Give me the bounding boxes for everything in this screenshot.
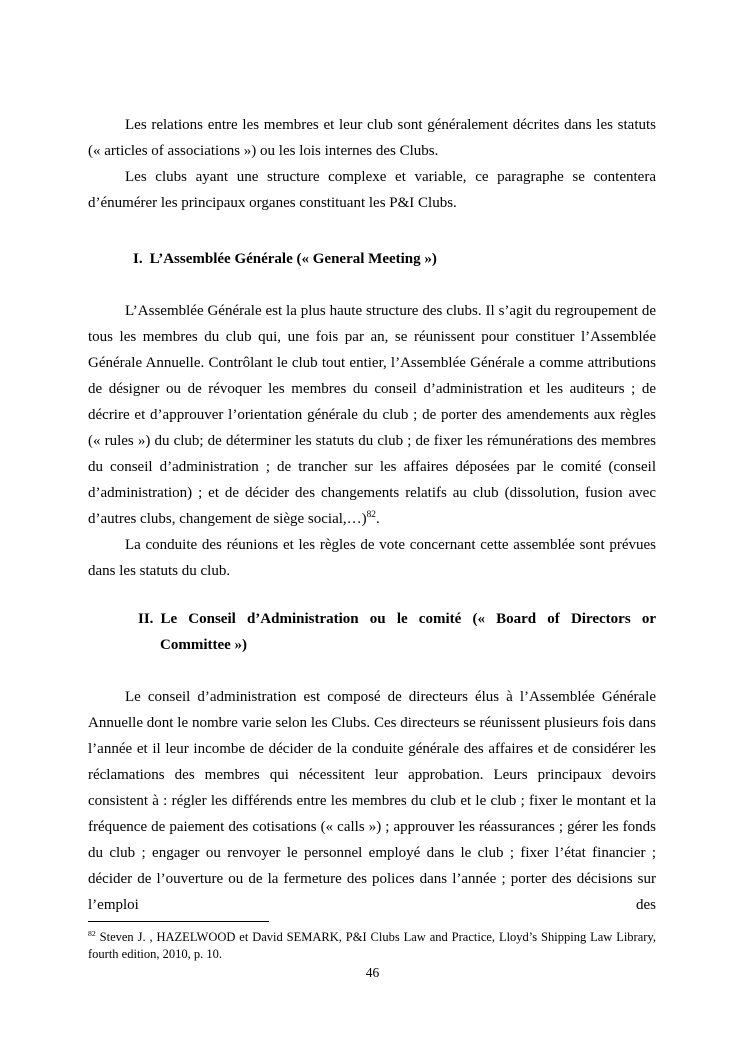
paragraph-assemblee-generale: L’Assemblée Générale est la plus haute s…: [88, 298, 656, 532]
footnote-text: 82 Steven J. , HAZELWOOD et David SEMARK…: [88, 929, 656, 963]
paragraph-intro-2: Les clubs ayant une structure complexe e…: [88, 164, 656, 216]
footnote-citation: Steven J. , HAZELWOOD et David SEMARK, P…: [88, 930, 656, 961]
section-1-number: I.: [133, 251, 143, 267]
document-page: Les relations entre les membres et leur …: [0, 0, 745, 1053]
paragraph-text-end: .: [376, 511, 380, 527]
section-2-number: II.: [138, 611, 153, 627]
paragraph-intro-1: Les relations entre les membres et leur …: [88, 112, 656, 164]
paragraph-text: L’Assemblée Générale est la plus haute s…: [88, 303, 656, 527]
section-heading-1: I.L’Assemblée Générale (« General Meetin…: [88, 246, 656, 272]
footnote: 82 Steven J. , HAZELWOOD et David SEMARK…: [88, 921, 656, 963]
footnote-divider: [88, 921, 269, 922]
paragraph-conseil-administration: Le conseil d’administration est composé …: [88, 684, 656, 918]
paragraph-assemblee-closing: La conduite des réunions et les règles d…: [88, 532, 656, 584]
section-1-title: L’Assemblée Générale (« General Meeting …: [150, 251, 437, 267]
footnote-number: 82: [88, 929, 96, 938]
page-number: 46: [0, 964, 745, 982]
footnote-reference: 82: [367, 510, 376, 520]
section-2-title: Le Conseil d’Administration ou le comité…: [160, 611, 656, 653]
section-heading-2: II.Le Conseil d’Administration ou le com…: [88, 606, 656, 658]
